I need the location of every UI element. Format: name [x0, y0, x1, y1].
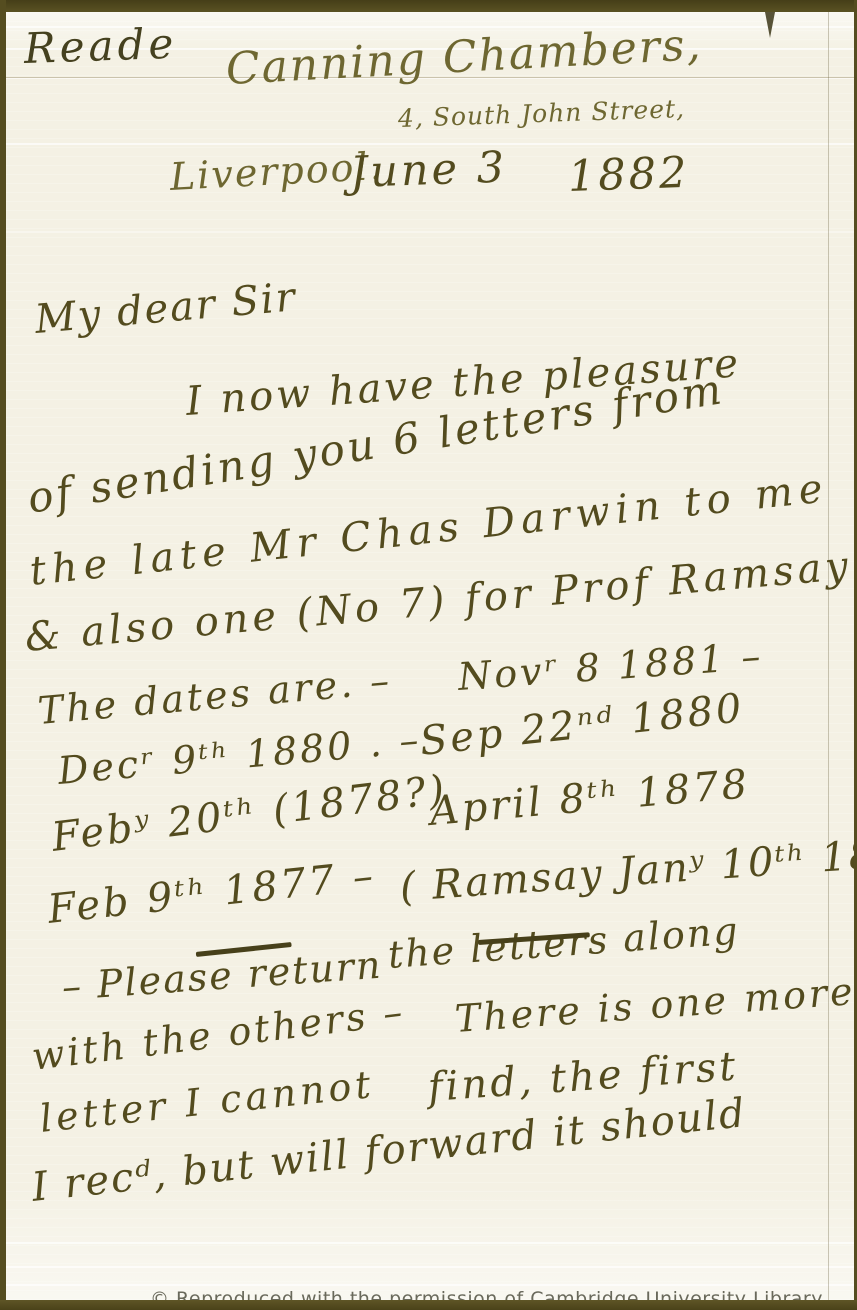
paper-fold-line	[828, 0, 829, 1310]
scan-border-top	[0, 0, 857, 12]
archival-annotation: Reade	[23, 23, 178, 70]
scan-notch	[765, 12, 775, 38]
scan-streak	[0, 231, 857, 233]
scan-border-bottom	[0, 1300, 857, 1310]
scanned-letter-page: Reade Canning Chambers, 4, South John St…	[0, 0, 857, 1310]
handwritten-date: June 3	[349, 147, 508, 195]
scan-streak	[0, 1284, 857, 1286]
scan-streak	[0, 1266, 857, 1268]
handwritten-year: 1882	[567, 152, 690, 199]
scan-border-left	[0, 0, 6, 1310]
scan-streak	[0, 1242, 857, 1244]
